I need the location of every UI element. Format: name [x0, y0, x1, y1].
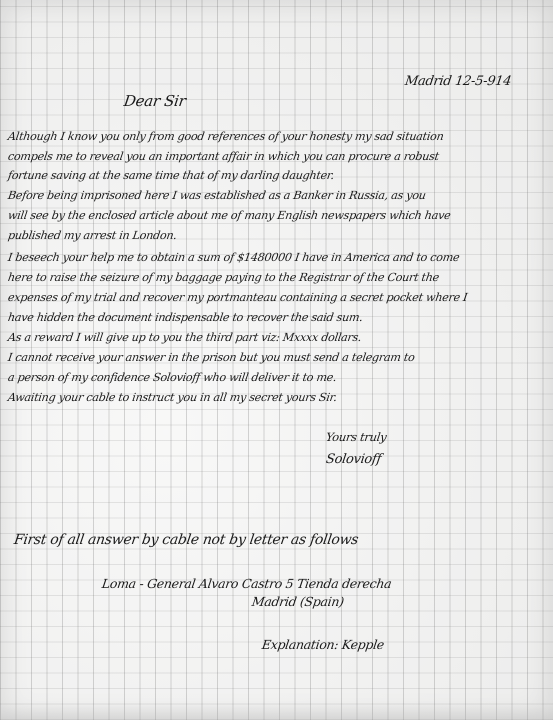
body-line: compels me to reveal you an important af…	[7, 150, 440, 163]
body-line: published my arrest in London.	[7, 229, 177, 242]
body-line: I cannot receive your answer in the pris…	[7, 351, 415, 364]
postscript-explanation: Explanation: Kepple	[261, 637, 385, 652]
body-line: a person of my confidence Solovioff who …	[7, 371, 337, 384]
body-line: fortune saving at the same time that of …	[7, 169, 335, 182]
body-line: here to raise the seizure of my baggage …	[7, 271, 440, 284]
postscript-city: Madrid (Spain)	[251, 594, 345, 609]
body-line: Awaiting your cable to instruct you in a…	[7, 391, 338, 404]
body-line: As a reward I will give up to you the th…	[7, 331, 362, 344]
letter-date: Madrid 12-5-914	[404, 74, 512, 89]
body-line: will see by the enclosed article about m…	[7, 209, 451, 222]
closing: Yours truly	[325, 430, 387, 444]
signature: Solovioff	[325, 452, 382, 467]
postscript-instruction: First of all answer by cable not by lett…	[13, 532, 359, 548]
body-line: Before being imprisoned here I was estab…	[7, 189, 426, 202]
postscript-address: Loma - General Alvaro Castro 5 Tienda de…	[101, 576, 392, 591]
letter-page: Madrid 12-5-914 Dear Sir Although I know…	[0, 0, 553, 720]
body-line: expenses of my trial and recover my port…	[7, 291, 468, 304]
body-line: Although I know you only from good refer…	[7, 130, 444, 143]
body-line: I beseech your help me to obtain a sum o…	[7, 251, 460, 264]
salutation: Dear Sir	[123, 92, 187, 110]
page-edge-shadow	[0, 704, 553, 720]
body-line: have hidden the document indispensable t…	[7, 311, 363, 324]
